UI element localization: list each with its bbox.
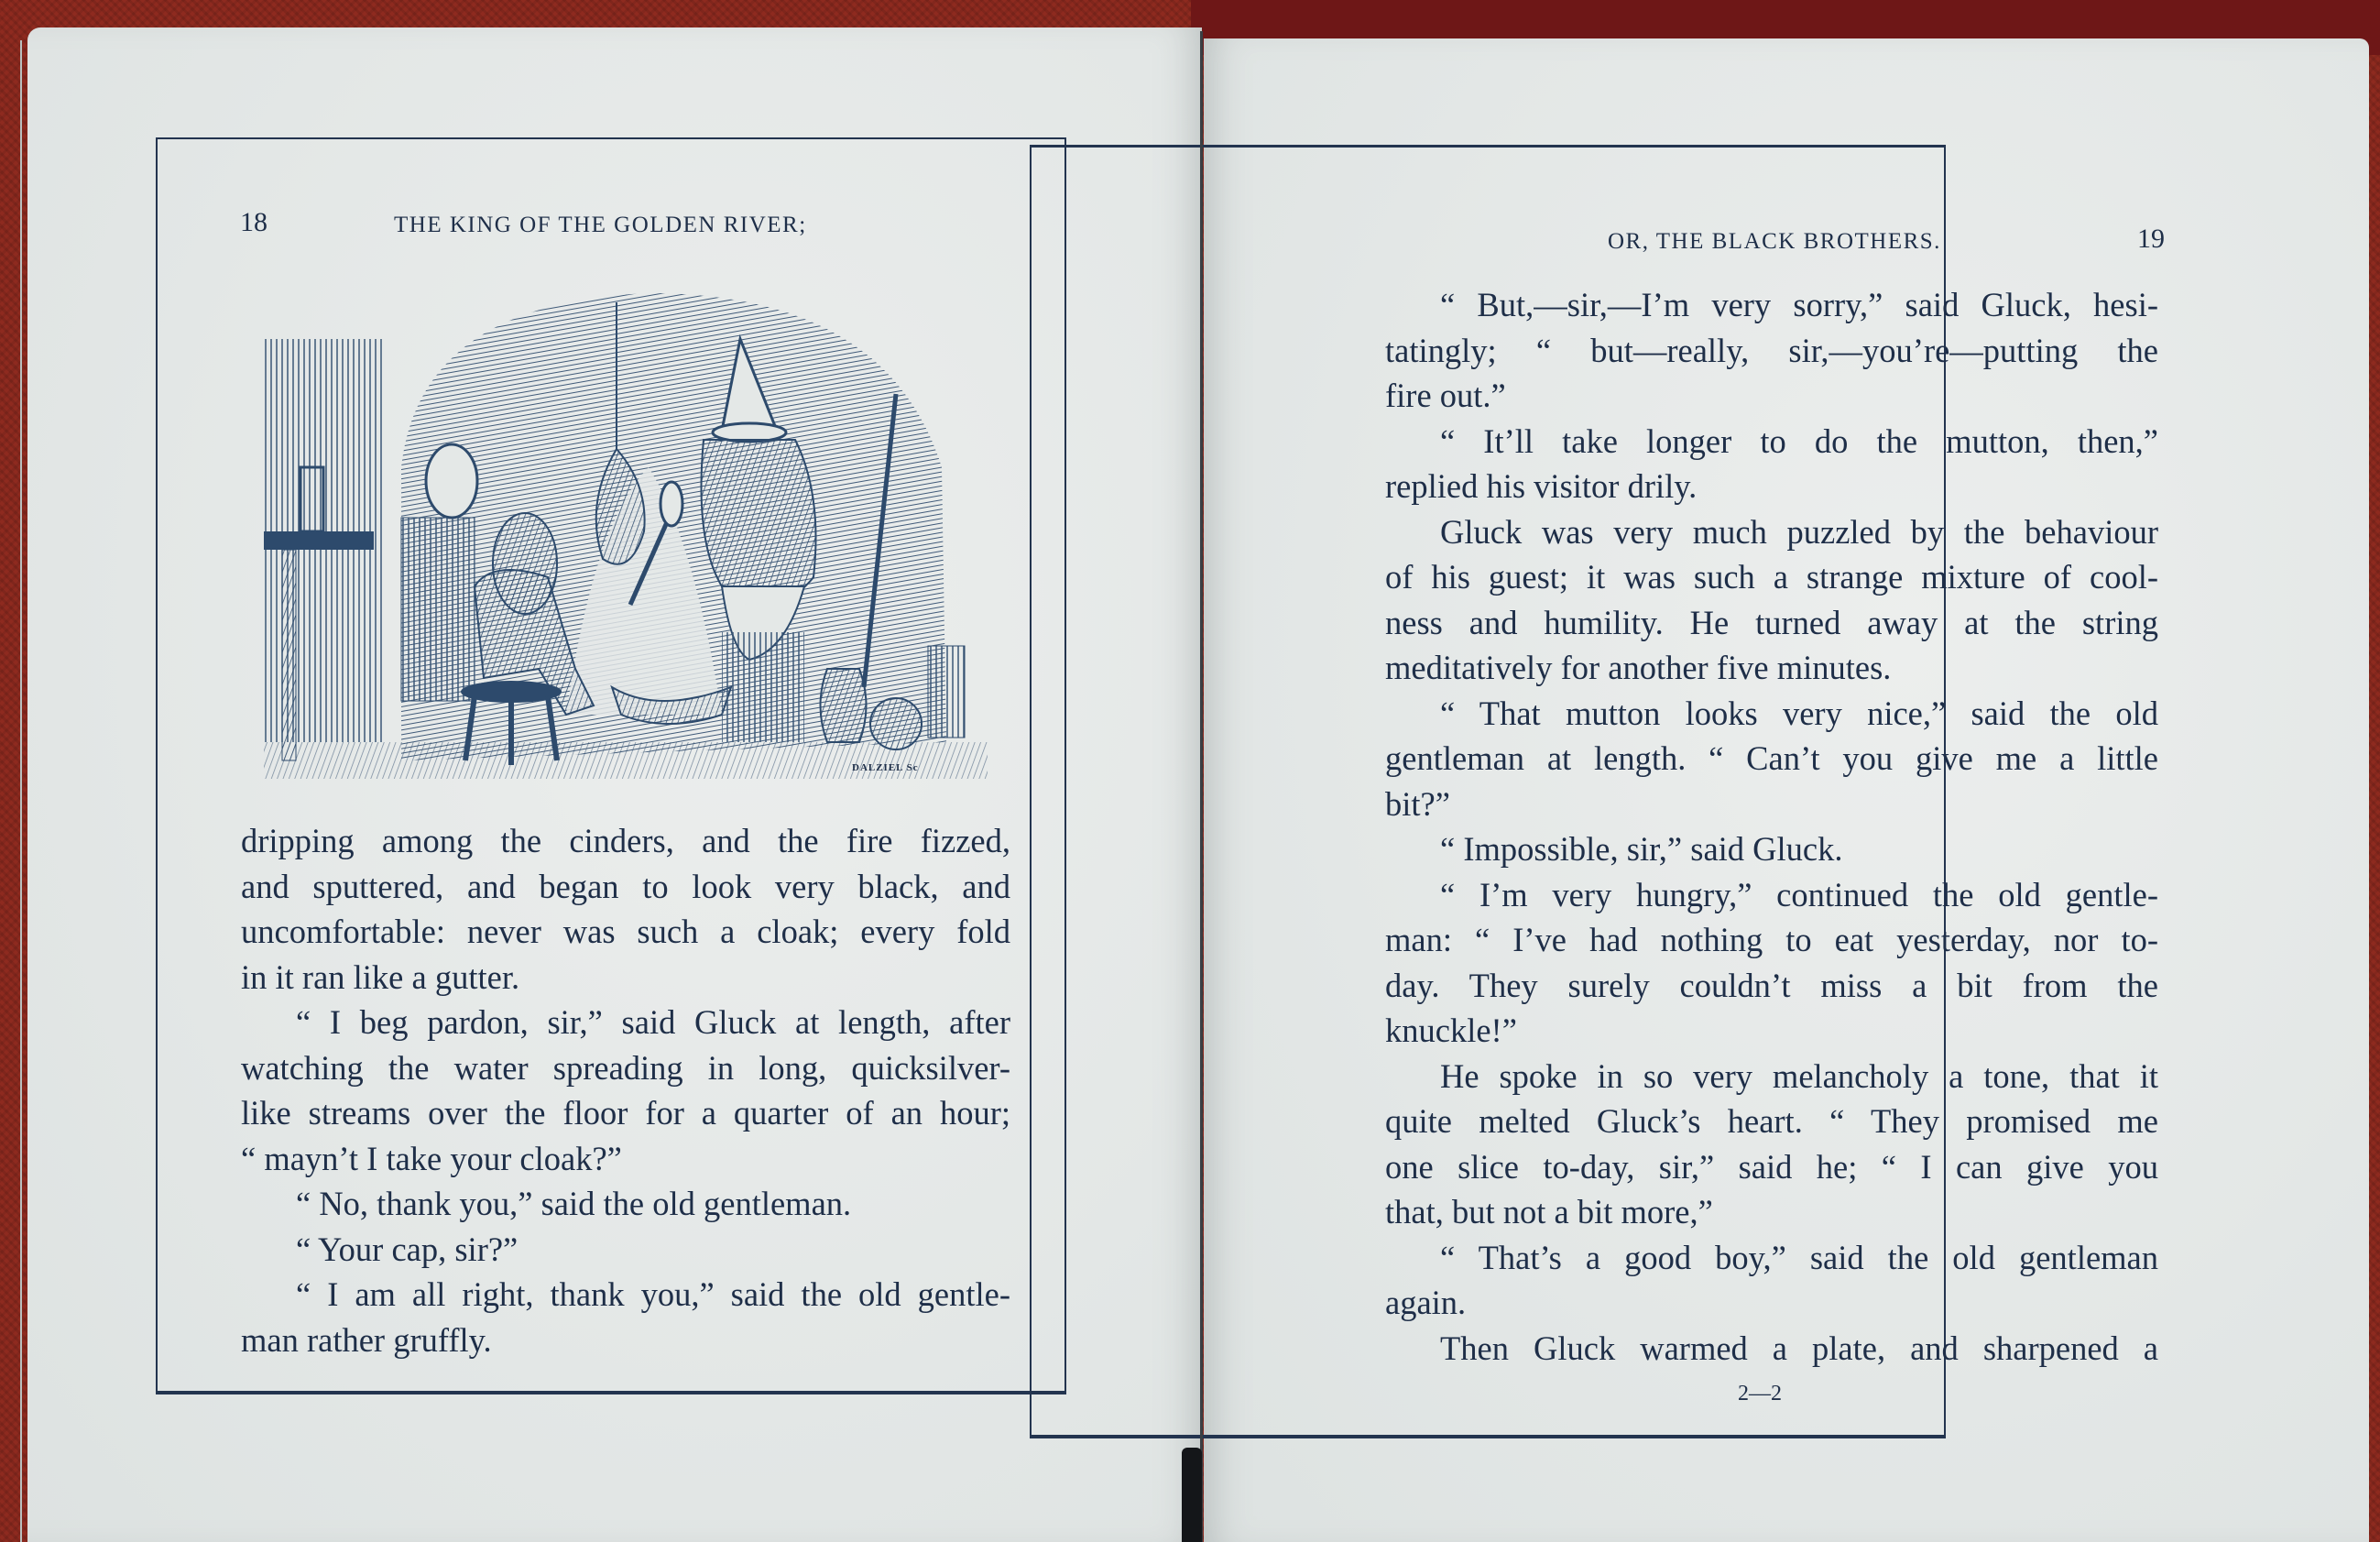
engraver-signature: DALZIEL Sc — [852, 762, 919, 773]
text-line: He spoke in so very melancholy a tone, t… — [1385, 1054, 2158, 1099]
text-line: replied his visitor drily. — [1385, 464, 2158, 509]
left-running-head: THE KING OF THE GOLDEN RIVER; — [394, 213, 807, 238]
spine-tear — [1182, 1448, 1202, 1542]
right-running-head: OR, THE BLACK BROTHERS. — [1608, 229, 1941, 255]
text-line: ness and humility. He turned away at the… — [1385, 600, 2158, 646]
right-page-body-text: “ But,—sir,—I’m very sorry,” said Gluck,… — [1385, 282, 2158, 1371]
printer-signature-mark: 2—2 — [1738, 1382, 1782, 1406]
book-gutter-fold — [1200, 31, 1203, 1542]
text-line: gentleman at length. “ Can’t you give me… — [1385, 736, 2158, 782]
text-line: quite melted Gluck’s heart. “ They promi… — [1385, 1099, 2158, 1144]
text-line: again. — [1385, 1280, 2158, 1326]
text-line: one slice to-day, sir,” said he; “ I can… — [1385, 1144, 2158, 1190]
text-line: “ mayn’t I take your cloak?” — [241, 1136, 1010, 1182]
text-line: tatingly; “ but—really, sir,—you’re—putt… — [1385, 328, 2158, 374]
text-line: knuckle!” — [1385, 1008, 2158, 1054]
text-line: that, but not a bit more,” — [1385, 1189, 2158, 1235]
text-line: Then Gluck warmed a plate, and sharpened… — [1385, 1326, 2158, 1372]
text-line: “ I am all right, thank you,” said the o… — [241, 1272, 1010, 1318]
text-line: bit?” — [1385, 782, 2158, 827]
text-line: of his guest; it was such a strange mixt… — [1385, 554, 2158, 600]
text-line: “ I’m very hungry,” continued the old ge… — [1385, 872, 2158, 918]
text-line: like streams over the floor for a quarte… — [241, 1090, 1010, 1136]
text-line: “ That mutton looks very nice,” said the… — [1385, 691, 2158, 737]
text-line: “ That’s a good boy,” said the old gentl… — [1385, 1235, 2158, 1281]
text-line: “ Your cap, sir?” — [241, 1227, 1010, 1273]
text-line: uncomfortable: never was such a cloak; e… — [241, 909, 1010, 955]
left-page-body-text: dripping among the cinders, and the fire… — [241, 818, 1010, 1362]
text-line: Gluck was very much puzzled by the behav… — [1385, 509, 2158, 555]
text-line: “ Impossible, sir,” said Gluck. — [1385, 826, 2158, 872]
text-line: and sputtered, and began to look very bl… — [241, 864, 1010, 910]
text-line: man rather gruffly. — [241, 1318, 1010, 1363]
text-line: meditatively for another five minutes. — [1385, 645, 2158, 691]
text-line: “ I beg pardon, sir,” said Gluck at leng… — [241, 1000, 1010, 1045]
right-page-number: 19 — [2137, 224, 2165, 255]
text-line: watching the water spreading in long, qu… — [241, 1045, 1010, 1091]
text-line: “ But,—sir,—I’m very sorry,” said Gluck,… — [1385, 282, 2158, 328]
text-line: man: “ I’ve had nothing to eat yesterday… — [1385, 917, 2158, 963]
fireplace-illustration — [264, 284, 988, 779]
text-line: “ It’ll take longer to do the mutton, th… — [1385, 419, 2158, 465]
text-line: fire out.” — [1385, 373, 2158, 419]
text-line: dripping among the cinders, and the fire… — [241, 818, 1010, 864]
text-line: “ No, thank you,” said the old gentleman… — [241, 1181, 1010, 1227]
left-page-number: 18 — [240, 207, 267, 238]
text-line: day. They surely couldn’t miss a bit fro… — [1385, 963, 2158, 1009]
text-line: in it ran like a gutter. — [241, 955, 1010, 1001]
